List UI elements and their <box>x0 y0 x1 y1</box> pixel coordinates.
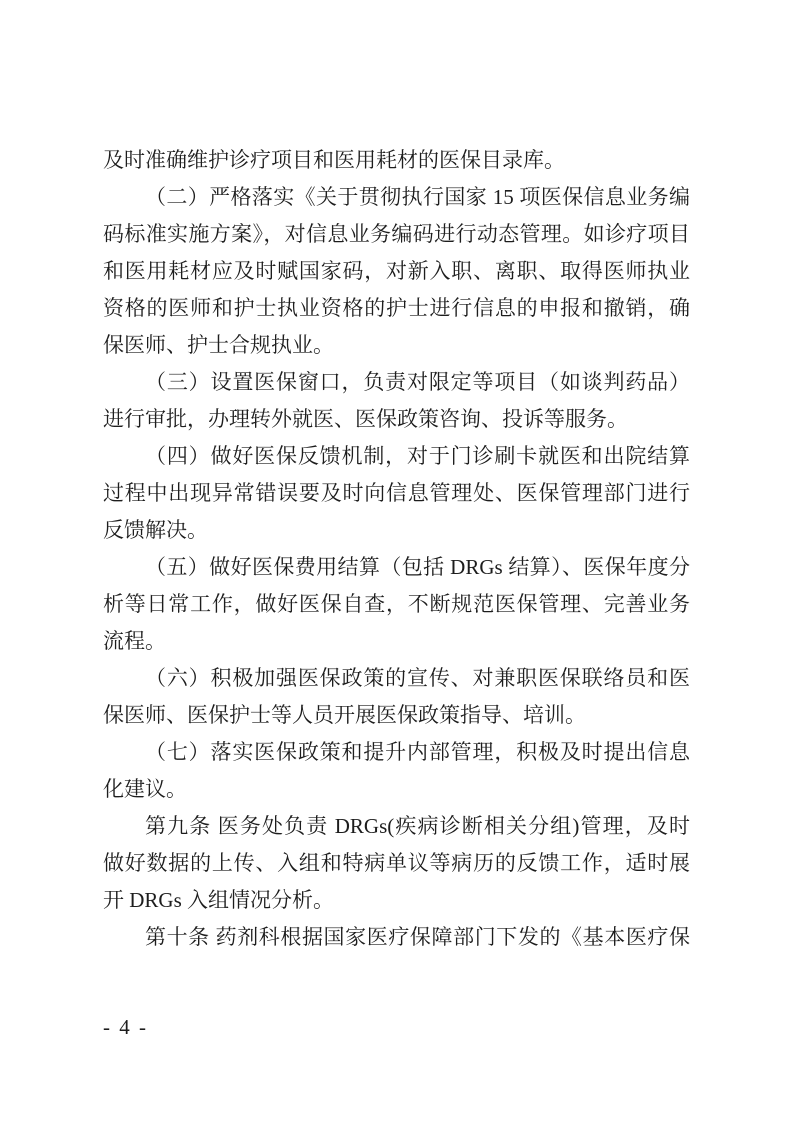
text-line: 和医用耗材应及时赋国家码，对新入职、离职、取得医师执业 <box>103 253 690 290</box>
document-page: 及时准确维护诊疗项目和医用耗材的医保目录库。 （二）严格落实《关于贯彻执行国家 … <box>0 0 794 1123</box>
text-line: 第十条 药剂科根据国家医疗保障部门下发的《基本医疗保 <box>103 919 690 956</box>
text-line: 第九条 医务处负责 DRGs(疾病诊断相关分组)管理，及时 <box>103 808 690 845</box>
text-line: 流程。 <box>103 623 690 660</box>
text-line: （五）做好医保费用结算（包括 DRGs 结算）、医保年度分 <box>103 549 690 586</box>
text-line: （四）做好医保反馈机制，对于门诊刷卡就医和出院结算 <box>103 438 690 475</box>
text-line: 析等日常工作，做好医保自查，不断规范医保管理、完善业务 <box>103 586 690 623</box>
text-line: 做好数据的上传、入组和特病单议等病历的反馈工作，适时展 <box>103 845 690 882</box>
document-body: 及时准确维护诊疗项目和医用耗材的医保目录库。 （二）严格落实《关于贯彻执行国家 … <box>103 142 690 956</box>
text-line: 资格的医师和护士执业资格的护士进行信息的申报和撤销，确 <box>103 290 690 327</box>
text-line: 化建议。 <box>103 771 690 808</box>
page-number: - 4 - <box>103 1014 148 1040</box>
text-line: （二）严格落实《关于贯彻执行国家 15 项医保信息业务编 <box>103 179 690 216</box>
text-line: 保医师、医保护士等人员开展医保政策指导、培训。 <box>103 697 690 734</box>
text-line: 码标准实施方案》，对信息业务编码进行动态管理。如诊疗项目 <box>103 216 690 253</box>
text-line: （三）设置医保窗口，负责对限定等项目（如谈判药品） <box>103 364 690 401</box>
text-line: （七）落实医保政策和提升内部管理，积极及时提出信息 <box>103 734 690 771</box>
text-line: 反馈解决。 <box>103 512 690 549</box>
text-line: 及时准确维护诊疗项目和医用耗材的医保目录库。 <box>103 142 690 179</box>
text-line: 保医师、护士合规执业。 <box>103 327 690 364</box>
text-line: 进行审批，办理转外就医、医保政策咨询、投诉等服务。 <box>103 401 690 438</box>
text-line: 过程中出现异常错误要及时向信息管理处、医保管理部门进行 <box>103 475 690 512</box>
text-line: （六）积极加强医保政策的宣传、对兼职医保联络员和医 <box>103 660 690 697</box>
text-line: 开 DRGs 入组情况分析。 <box>103 882 690 919</box>
